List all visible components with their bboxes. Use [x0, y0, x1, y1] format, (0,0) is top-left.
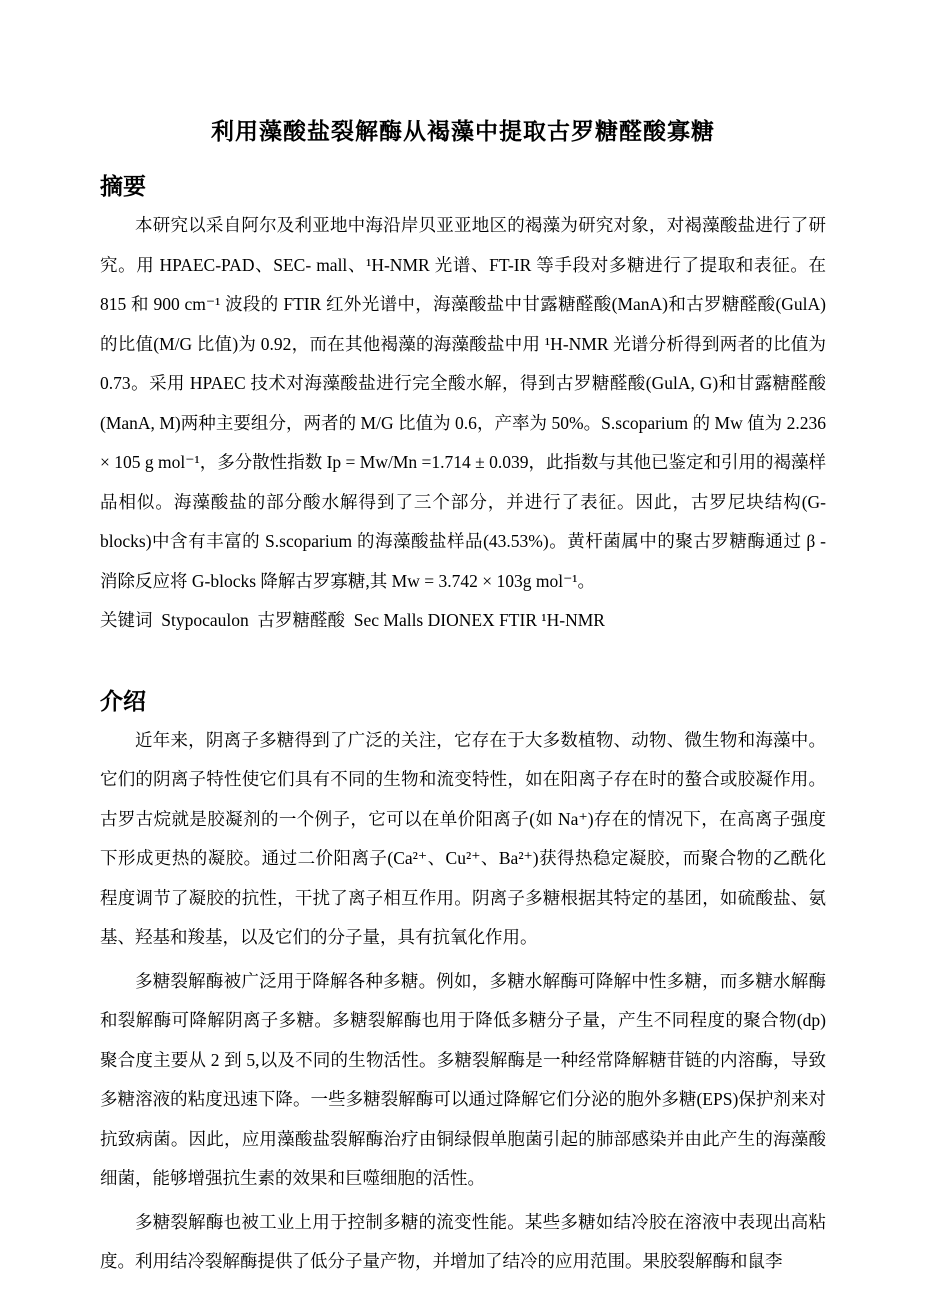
paper-page: 利用藻酸盐裂解酶从褐藻中提取古罗糖醛酸寡糖 摘要 本研究以采自阿尔及利亚地中海沿…: [0, 0, 926, 1309]
intro-paragraph-2: 多糖裂解酶被广泛用于降解各种多糖。例如，多糖水解酶可降解中性多糖，而多糖水解酶和…: [100, 962, 826, 1199]
abstract-paragraph: 本研究以采自阿尔及利亚地中海沿岸贝亚亚地区的褐藻为研究对象，对褐藻酸盐进行了研究…: [100, 206, 826, 601]
document-body: { "doc": { "title": "利用藻酸盐裂解酶从褐藻中提取古罗糖醛酸…: [0, 0, 926, 1309]
abstract-heading: 摘要: [100, 170, 826, 202]
introduction-heading: 介绍: [100, 685, 826, 717]
keywords-line: 关键词 Stypocaulon 古罗糖醛酸 Sec Malls DIONEX F…: [100, 601, 826, 641]
paper-title: 利用藻酸盐裂解酶从褐藻中提取古罗糖醛酸寡糖: [100, 0, 826, 148]
intro-paragraph-1: 近年来，阴离子多糖得到了广泛的关注，它存在于大多数植物、动物、微生物和海藻中。它…: [100, 721, 826, 958]
intro-paragraph-3: 多糖裂解酶也被工业上用于控制多糖的流变性能。某些多糖如结冷胶在溶液中表现出高粘度…: [100, 1203, 826, 1282]
